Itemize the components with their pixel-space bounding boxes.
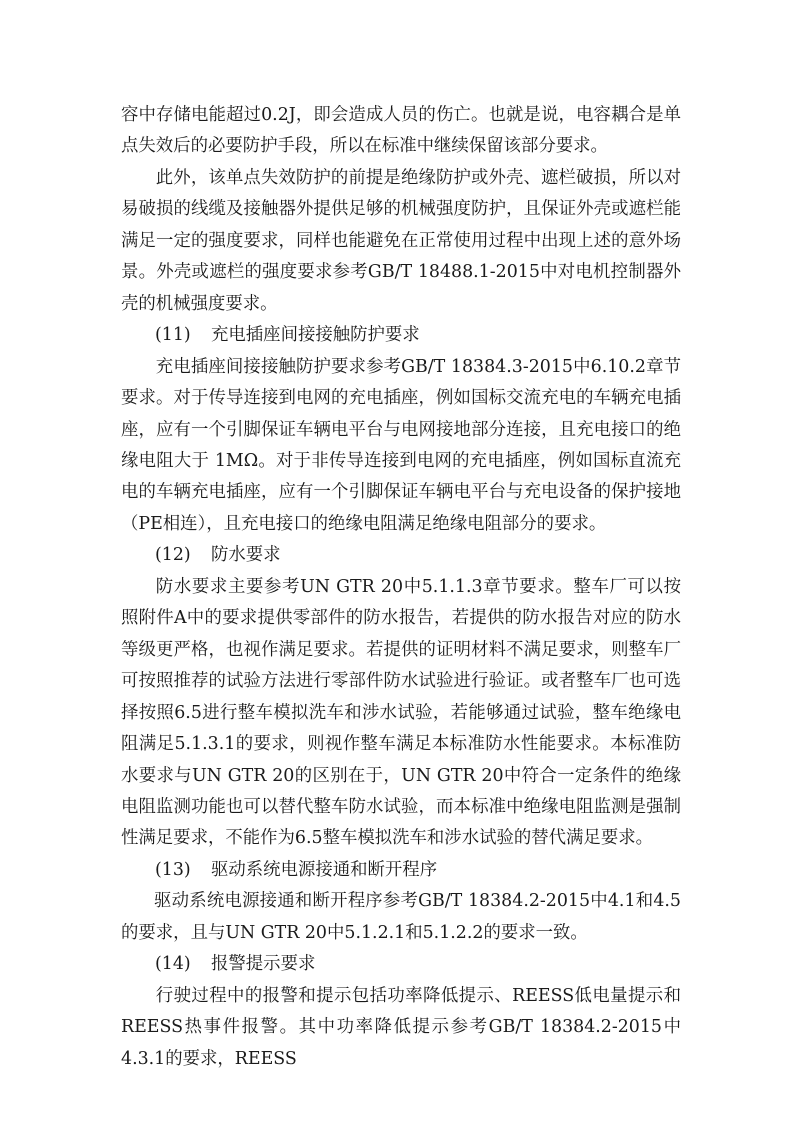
section-title: 充电插座间接接触防护要求: [211, 325, 420, 345]
section-number: (11): [155, 320, 211, 351]
paragraph-capacitor-coupling: 容中存储电能超过0.2J，即会造成人员的伤亡。也就是说，电容耦合是单点失效后的必…: [121, 100, 681, 163]
section-heading-14: (14)报警提示要求: [121, 949, 681, 980]
section-heading-11: (11)充电插座间接接触防护要求: [121, 320, 681, 351]
section-title: 报警提示要求: [211, 954, 315, 974]
section-heading-13: (13)驱动系统电源接通和断开程序: [121, 855, 681, 886]
paragraph-charging-socket: 充电插座间接接触防护要求参考GB/T 18384.3-2015中6.10.2章节…: [121, 352, 681, 541]
section-number: (14): [155, 949, 211, 980]
paragraph-single-point-failure: 此外，该单点失效防护的前提是绝缘防护或外壳、遮栏破损，所以对易破损的线缆及接触器…: [121, 163, 681, 320]
paragraph-waterproof: 防水要求主要参考UN GTR 20中5.1.1.3章节要求。整车厂可以按照附件A…: [121, 572, 681, 855]
section-title: 驱动系统电源接通和断开程序: [211, 860, 437, 880]
section-number: (12): [155, 540, 211, 571]
paragraph-power-on-off: 驱动系统电源接通和断开程序参考GB/T 18384.2-2015中4.1和4.5…: [121, 886, 681, 949]
section-number: (13): [155, 855, 211, 886]
document-page: 容中存储电能超过0.2J，即会造成人员的伤亡。也就是说，电容耦合是单点失效后的必…: [121, 100, 681, 1075]
section-title: 防水要求: [211, 545, 281, 565]
paragraph-warning: 行驶过程中的报警和提示包括功率降低提示、REESS低电量提示和REESS热事件报…: [121, 981, 681, 1075]
section-heading-12: (12)防水要求: [121, 540, 681, 571]
